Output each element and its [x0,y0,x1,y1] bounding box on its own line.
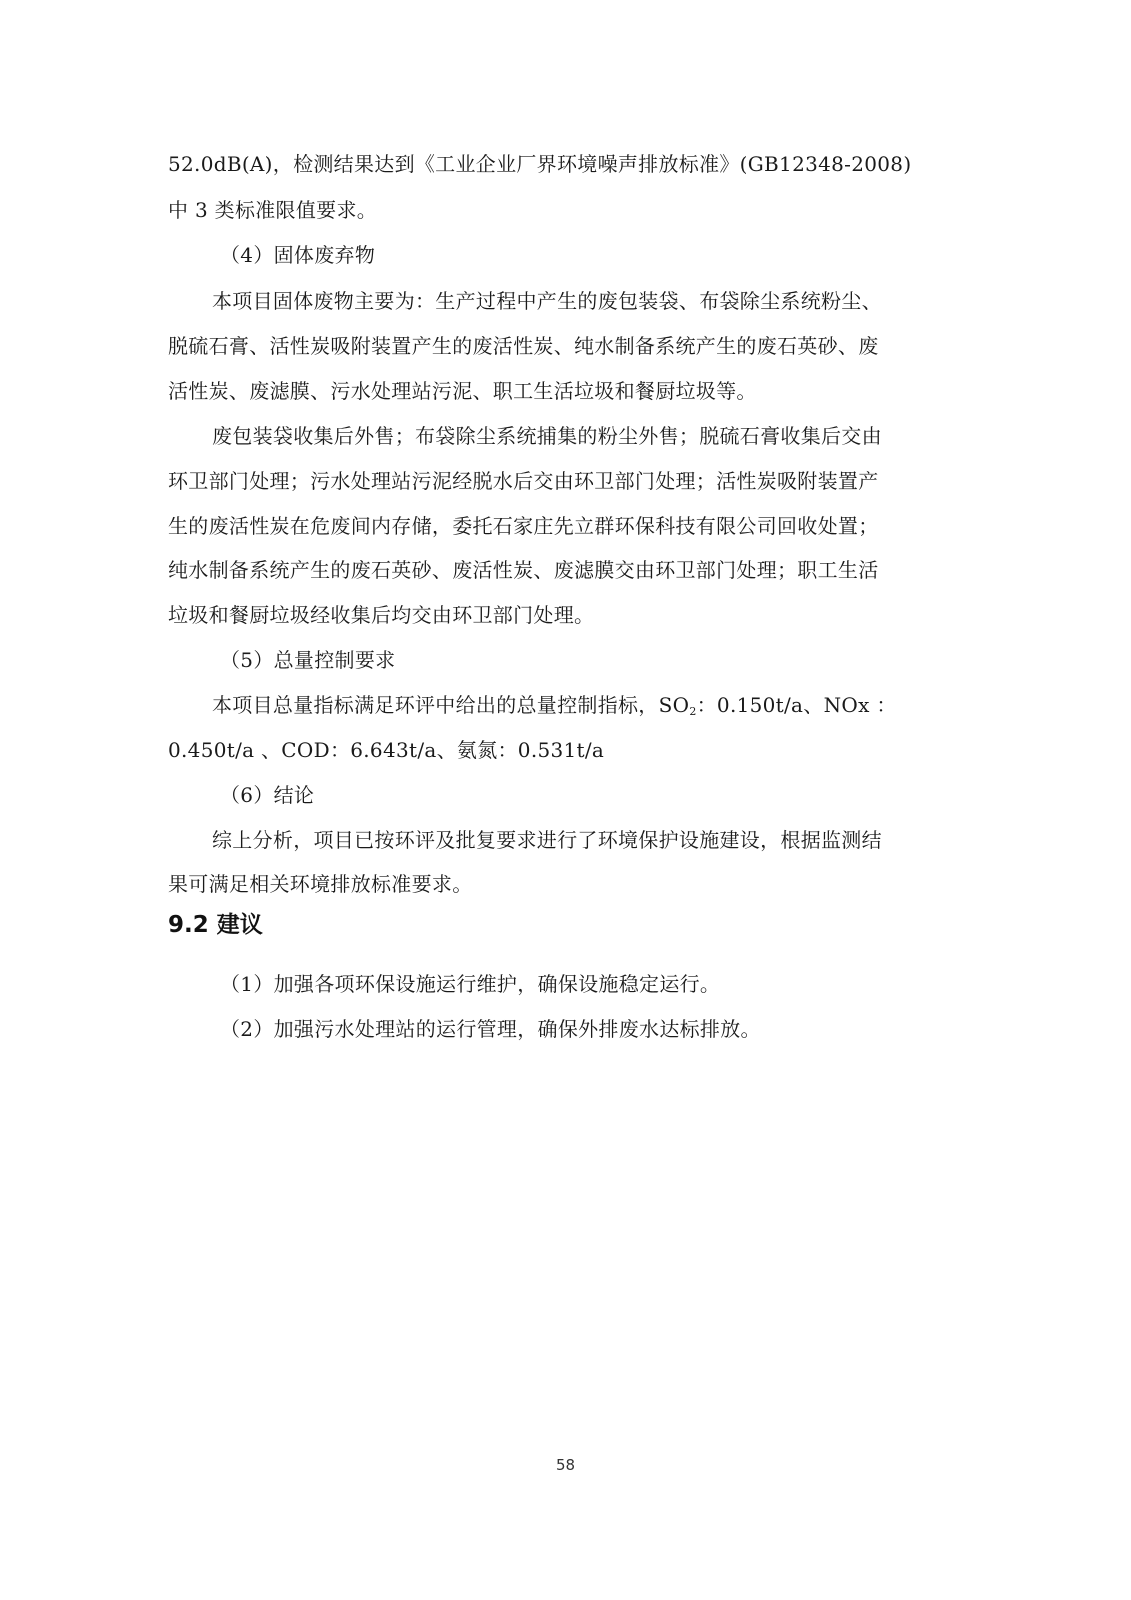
solid-waste-para1-line: 脱硫石膏、活性炭吸附装置产生的废活性炭、纯水制备系统产生的废石英砂、废 [168,332,879,360]
section-9-2-title: 9.2 建议 [168,910,263,940]
conclusion-line: 果可满足相关环境排放标准要求。 [168,870,473,898]
conclusion-heading: （6）结论 [220,781,314,809]
total-control-heading: （5）总量控制要求 [220,646,395,674]
solid-waste-para2-line: 生的废活性炭在危废间内存储，委托石家庄先立群环保科技有限公司回收处置； [168,512,879,540]
solid-waste-heading: （4）固体废弃物 [220,241,375,269]
noise-result-line-1: 52.0dB(A)，检测结果达到《工业企业厂界环境噪声排放标准》(GB12348… [168,150,911,178]
noise-result-line-2: 中 3 类标准限值要求。 [168,196,377,224]
conclusion-line: 综上分析，项目已按环评及批复要求进行了环境保护设施建设，根据监测结 [212,826,882,854]
total-control-line-1-suffix: ：0.150t/a、NOx ： [697,693,897,717]
solid-waste-para2-line: 垃圾和餐厨垃圾经收集后均交由环卫部门处理。 [168,601,594,629]
suggestion-item: （1）加强各项环保设施运行维护，确保设施稳定运行。 [220,970,720,998]
suggestion-item: （2）加强污水处理站的运行管理，确保外排废水达标排放。 [220,1015,761,1043]
solid-waste-para2-line: 废包装袋收集后外售；布袋除尘系统捕集的粉尘外售；脱硫石膏收集后交由 [212,422,882,450]
solid-waste-para2-line: 环卫部门处理；污水处理站污泥经脱水后交由环卫部门处理；活性炭吸附装置产 [168,467,879,495]
document-page: 52.0dB(A)，检测结果达到《工业企业厂界环境噪声排放标准》(GB12348… [0,0,1131,1600]
total-control-line-2: 0.450t/a 、COD：6.643t/a、氨氮：0.531t/a [168,736,604,764]
page-number: 58 [0,1456,1131,1474]
solid-waste-para1-line: 本项目固体废物主要为：生产过程中产生的废包装袋、布袋除尘系统粉尘、 [212,287,882,315]
solid-waste-para1-line: 活性炭、废滤膜、污水处理站污泥、职工生活垃圾和餐厨垃圾等。 [168,377,757,405]
so2-subscript: 2 [689,705,696,718]
total-control-line-1-prefix: 本项目总量指标满足环评中给出的总量控制指标，SO [212,693,689,717]
solid-waste-para2-line: 纯水制备系统产生的废石英砂、废活性炭、废滤膜交由环卫部门处理；职工生活 [168,556,879,584]
total-control-line-1: 本项目总量指标满足环评中给出的总量控制指标，SO2：0.150t/a、NOx ： [212,691,897,726]
